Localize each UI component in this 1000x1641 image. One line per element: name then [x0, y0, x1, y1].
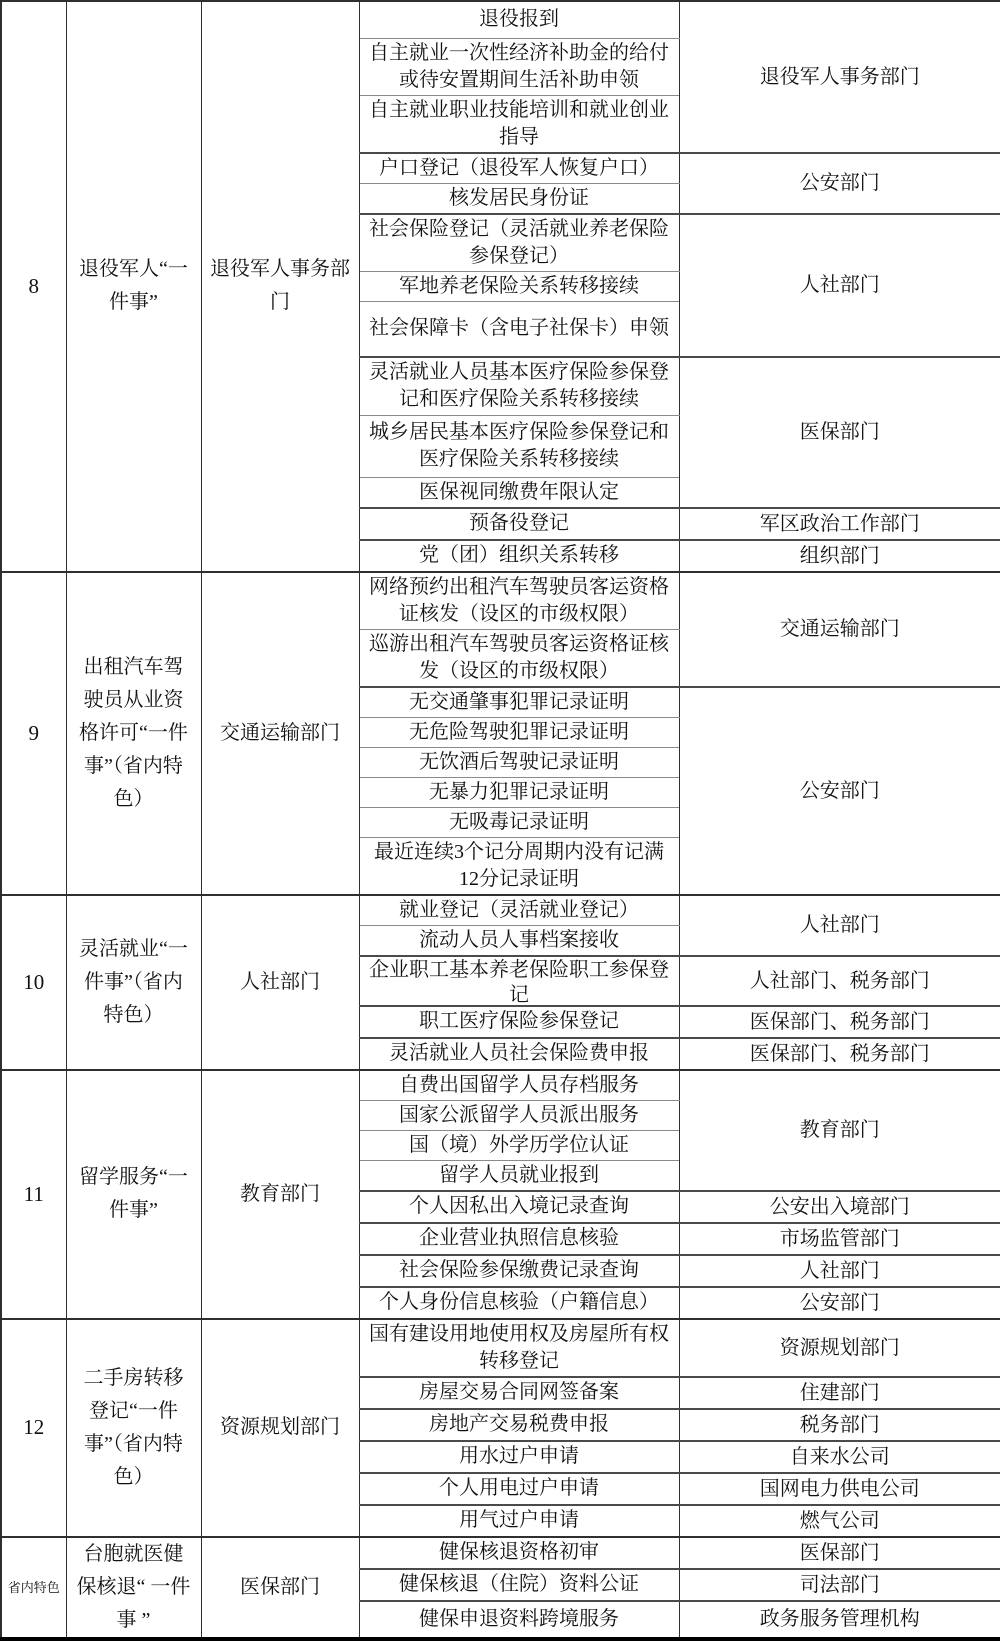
table-row: 8 退役军人“一件事” 退役军人事务部门 退役报到 退役军人事务部门 [1, 1, 1000, 38]
service-item: 留学人员就业报到 [359, 1160, 679, 1191]
service-item: 房地产交易税费申报 [359, 1409, 679, 1441]
service-item: 退役报到 [359, 1, 679, 38]
service-item: 个人因私出入境记录查询 [359, 1191, 679, 1223]
responsible-department: 教育部门 [679, 1070, 1000, 1191]
service-item: 社会保险参保缴费记录查询 [359, 1255, 679, 1287]
responsible-department: 公安部门 [679, 687, 1000, 895]
service-item: 企业职工基本养老保险职工参保登记 [359, 956, 679, 1006]
service-item: 健保申退资料跨境服务 [359, 1601, 679, 1639]
service-item: 个人身份信息核验（户籍信息） [359, 1287, 679, 1319]
service-item: 灵活就业人员基本医疗保险参保登记和医疗保险关系转移接续 [359, 357, 679, 415]
responsible-department: 人社部门 [679, 1255, 1000, 1287]
responsible-department: 退役军人事务部门 [679, 1, 1000, 153]
responsible-department: 人社部门 [679, 214, 1000, 358]
service-item: 用水过户申请 [359, 1441, 679, 1473]
responsible-department: 医保部门 [679, 357, 1000, 508]
table-row: 10 灵活就业“一件事”（省内特色） 人社部门 就业登记（灵活就业登记） 人社部… [1, 895, 1000, 926]
responsible-department: 公安部门 [679, 1287, 1000, 1319]
service-item: 企业营业执照信息核验 [359, 1223, 679, 1255]
service-item: 无吸毒记录证明 [359, 807, 679, 837]
lead-department: 医保部门 [201, 1537, 359, 1639]
responsible-department: 税务部门 [679, 1409, 1000, 1441]
service-item: 国有建设用地使用权及房屋所有权转移登记 [359, 1319, 679, 1377]
service-item: 用气过户申请 [359, 1505, 679, 1537]
service-item: 城乡居民基本医疗保险参保登记和医疗保险关系转移接续 [359, 415, 679, 477]
service-package-name: 退役军人“一件事” [66, 1, 201, 572]
document-page: 8 退役军人“一件事” 退役军人事务部门 退役报到 退役军人事务部门 自主就业一… [0, 0, 1000, 1641]
service-item: 党（团）组织关系转移 [359, 540, 679, 572]
service-package-name: 出租汽车驾驶员从业资格许可“一件事”（省内特色） [66, 572, 201, 895]
service-item: 核发居民身份证 [359, 183, 679, 214]
responsible-department: 军区政治工作部门 [679, 508, 1000, 540]
responsible-department: 医保部门、税务部门 [679, 1006, 1000, 1038]
one-thing-services-table: 8 退役军人“一件事” 退役军人事务部门 退役报到 退役军人事务部门 自主就业一… [0, 0, 1000, 1641]
service-item: 房屋交易合同网签备案 [359, 1377, 679, 1409]
service-item: 网络预约出租汽车驾驶员客运资格证核发（设区的市级权限） [359, 572, 679, 630]
responsible-department: 住建部门 [679, 1377, 1000, 1409]
service-item: 个人用电过户申请 [359, 1473, 679, 1505]
service-item: 自主就业一次性经济补助金的给付或待安置期间生活补助申领 [359, 38, 679, 95]
service-item: 社会保障卡（含电子社保卡）申领 [359, 301, 679, 357]
responsible-department: 自来水公司 [679, 1441, 1000, 1473]
service-item: 预备役登记 [359, 508, 679, 540]
responsible-department: 资源规划部门 [679, 1319, 1000, 1377]
service-item: 最近连续3个记分周期内没有记满12分记录证明 [359, 837, 679, 895]
service-item: 无饮酒后驾驶记录证明 [359, 747, 679, 777]
responsible-department: 公安部门 [679, 153, 1000, 214]
service-item: 军地养老保险关系转移接续 [359, 271, 679, 301]
table-row: 省内特色 台胞就医健保核退“ 一件事 ” 医保部门 健保核退资格初审 医保部门 [1, 1537, 1000, 1569]
service-item: 无危险驾驶犯罪记录证明 [359, 717, 679, 747]
lead-department: 人社部门 [201, 895, 359, 1070]
service-item: 职工医疗保险参保登记 [359, 1006, 679, 1038]
service-item: 无暴力犯罪记录证明 [359, 777, 679, 807]
service-item: 国（境）外学历学位认证 [359, 1130, 679, 1160]
service-item: 健保核退资格初审 [359, 1537, 679, 1569]
service-item: 户口登记（退役军人恢复户口） [359, 153, 679, 184]
responsible-department: 燃气公司 [679, 1505, 1000, 1537]
service-item: 流动人员人事档案接收 [359, 925, 679, 956]
responsible-department: 国网电力供电公司 [679, 1473, 1000, 1505]
service-item: 医保视同缴费年限认定 [359, 477, 679, 508]
service-item: 巡游出租汽车驾驶员客运资格证核发（设区的市级权限） [359, 629, 679, 687]
service-item: 国家公派留学人员派出服务 [359, 1100, 679, 1130]
responsible-department: 人社部门、税务部门 [679, 956, 1000, 1006]
service-item: 就业登记（灵活就业登记） [359, 895, 679, 926]
lead-department: 退役军人事务部门 [201, 1, 359, 572]
service-package-name: 台胞就医健保核退“ 一件事 ” [66, 1537, 201, 1639]
service-item: 健保核退（住院）资料公证 [359, 1569, 679, 1601]
table-row: 11 留学服务“一件事” 教育部门 自费出国留学人员存档服务 教育部门 [1, 1070, 1000, 1101]
responsible-department: 司法部门 [679, 1569, 1000, 1601]
service-item: 无交通肇事犯罪记录证明 [359, 687, 679, 718]
service-package-name: 灵活就业“一件事”（省内特色） [66, 895, 201, 1070]
responsible-department: 医保部门 [679, 1537, 1000, 1569]
row-number: 省内特色 [1, 1537, 66, 1639]
lead-department: 教育部门 [201, 1070, 359, 1319]
responsible-department: 医保部门、税务部门 [679, 1038, 1000, 1070]
table-row: 9 出租汽车驾驶员从业资格许可“一件事”（省内特色） 交通运输部门 网络预约出租… [1, 572, 1000, 630]
responsible-department: 公安出入境部门 [679, 1191, 1000, 1223]
service-item: 灵活就业人员社会保险费申报 [359, 1038, 679, 1070]
responsible-department: 人社部门 [679, 895, 1000, 956]
service-package-name: 留学服务“一件事” [66, 1070, 201, 1319]
row-number: 11 [1, 1070, 66, 1319]
row-number: 9 [1, 572, 66, 895]
service-item: 自费出国留学人员存档服务 [359, 1070, 679, 1101]
service-item: 社会保险登记（灵活就业养老保险参保登记） [359, 214, 679, 272]
lead-department: 交通运输部门 [201, 572, 359, 895]
responsible-department: 政务服务管理机构 [679, 1601, 1000, 1639]
service-package-name: 二手房转移登记“一件事”（省内特色） [66, 1319, 201, 1537]
row-number: 8 [1, 1, 66, 572]
service-item: 自主就业职业技能培训和就业创业指导 [359, 95, 679, 153]
responsible-department: 市场监管部门 [679, 1223, 1000, 1255]
responsible-department: 组织部门 [679, 540, 1000, 572]
responsible-department: 交通运输部门 [679, 572, 1000, 687]
service-item-text: 企业职工基本养老保险职工参保登记 [367, 958, 672, 1004]
row-number: 10 [1, 895, 66, 1070]
row-number: 12 [1, 1319, 66, 1537]
table-row: 12 二手房转移登记“一件事”（省内特色） 资源规划部门 国有建设用地使用权及房… [1, 1319, 1000, 1377]
lead-department: 资源规划部门 [201, 1319, 359, 1537]
